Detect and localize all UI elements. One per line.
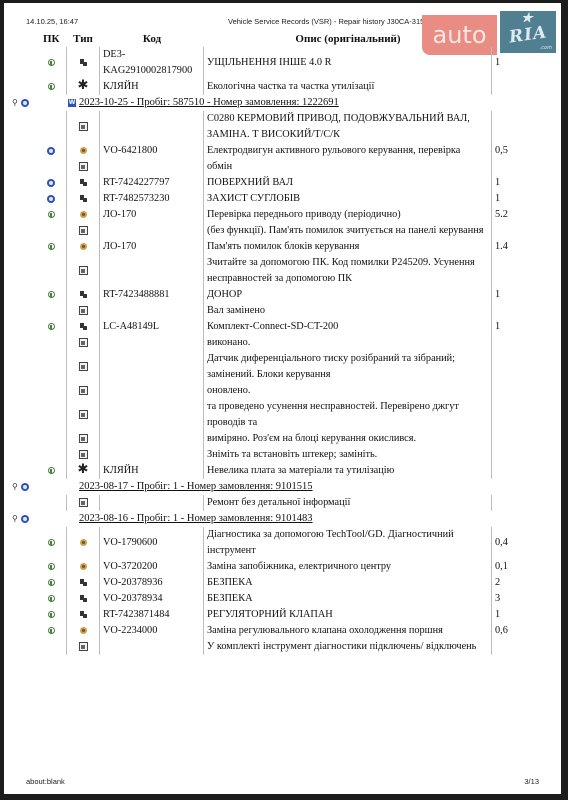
note-icon xyxy=(79,162,88,171)
description-cell: Комплект-Connect-SD-CT-200 xyxy=(204,319,492,335)
quantity-cell xyxy=(492,351,524,383)
code-cell: RT-7423871484 xyxy=(100,607,204,623)
check-status-icon xyxy=(48,243,55,250)
pk-cell xyxy=(36,255,67,287)
type-cell xyxy=(67,607,100,623)
pk-cell xyxy=(36,351,67,383)
code-cell: VO-2234000 xyxy=(100,623,204,639)
quantity-cell: 3 xyxy=(492,591,524,607)
code-cell: VO-6421800 xyxy=(100,143,204,159)
check-status-icon xyxy=(48,291,55,298)
quantity-cell xyxy=(492,399,524,431)
note-icon xyxy=(79,410,88,419)
quantity-cell: 0,6 xyxy=(492,623,524,639)
order-link[interactable]: 2023-08-17 - Пробіг: 1 - Номер замовленн… xyxy=(79,481,313,492)
table-header-row: ПК Тип Код Опис (оригінальний) xyxy=(36,30,523,47)
description-cell: Вал замінено xyxy=(204,303,492,319)
description-cell: ПОВЕРХНИЙ ВАЛ xyxy=(204,175,492,191)
table-row: та проведено усунення несправностей. Пер… xyxy=(36,399,523,431)
table-row: LC-A48149LКомплект-Connect-SD-CT-2001 xyxy=(36,319,523,335)
quantity-cell: 0,4 xyxy=(492,527,524,559)
code-cell: КЛЯЙН xyxy=(100,79,204,95)
print-page: 14.10.25, 16:47 Vehicle Service Records … xyxy=(4,3,561,794)
type-cell xyxy=(67,191,100,207)
note-icon xyxy=(79,362,88,371)
order-header-row: ⚲W2023-10-25 - Пробіг: 587510 - Номер за… xyxy=(36,95,523,111)
type-cell xyxy=(67,159,100,175)
table-row: ЛО-170Пам'ять помилок блоків керування1.… xyxy=(36,239,523,255)
pk-cell xyxy=(36,223,67,239)
type-cell xyxy=(67,527,100,559)
print-datetime: 14.10.25, 16:47 xyxy=(26,17,78,26)
description-cell: Екологічна частка та частка утилізації xyxy=(204,79,492,95)
quantity-cell xyxy=(492,383,524,399)
note-icon xyxy=(79,434,88,443)
labor-time-icon xyxy=(80,539,87,546)
check-status-icon xyxy=(48,611,55,618)
type-cell xyxy=(67,351,100,383)
code-cell xyxy=(100,399,204,431)
check-status-icon xyxy=(48,59,55,66)
type-cell xyxy=(67,623,100,639)
pk-cell xyxy=(36,111,67,143)
type-cell xyxy=(67,639,100,655)
type-cell xyxy=(67,303,100,319)
order-info-icon[interactable] xyxy=(21,99,29,107)
description-cell: Електродвигун активного рульового керува… xyxy=(204,143,492,159)
check-status-icon xyxy=(48,83,55,90)
order-icons: ⚲ xyxy=(12,479,29,495)
quantity-cell xyxy=(492,303,524,319)
pk-cell xyxy=(36,623,67,639)
description-cell: Невелика плата за матеріали та утилізаці… xyxy=(204,463,492,479)
pk-cell xyxy=(36,191,67,207)
table-row: VO-6421800Електродвигун активного рульов… xyxy=(36,143,523,159)
description-cell: ДОНОР xyxy=(204,287,492,303)
order-header-row: ⚲2023-08-17 - Пробіг: 1 - Номер замовлен… xyxy=(36,479,523,495)
description-cell: РЕГУЛЯТОРНИЙ КЛАПАН xyxy=(204,607,492,623)
pk-cell xyxy=(36,239,67,255)
type-cell xyxy=(67,175,100,191)
quantity-cell: 1 xyxy=(492,287,524,303)
type-cell xyxy=(67,207,100,223)
type-cell xyxy=(67,575,100,591)
code-cell xyxy=(100,335,204,351)
quantity-cell xyxy=(492,463,524,479)
part-icon xyxy=(80,579,87,586)
search-icon[interactable]: ⚲ xyxy=(12,98,18,107)
pk-cell xyxy=(36,47,67,79)
pk-cell xyxy=(36,575,67,591)
print-title: Vehicle Service Records (VSR) - Repair h… xyxy=(228,17,429,26)
table-row: VO-3720200Заміна запобіжника, електрично… xyxy=(36,559,523,575)
description-cell: Зніміть та встановіть штекер; замініть. xyxy=(204,447,492,463)
description-cell: Заміна регулювального клапана охолодженн… xyxy=(204,623,492,639)
pk-cell xyxy=(36,79,67,95)
table-row: (без функції). Пам'ять помилок зчитуєтьс… xyxy=(36,223,523,239)
type-cell xyxy=(67,239,100,255)
type-cell xyxy=(67,143,100,159)
code-cell xyxy=(100,255,204,287)
type-cell xyxy=(67,319,100,335)
table-row: ЛО-170Перевірка переднього приводу (пері… xyxy=(36,207,523,223)
code-cell: RT-7482573230 xyxy=(100,191,204,207)
check-status-icon xyxy=(48,563,55,570)
workshop-badge-icon: W xyxy=(68,99,76,107)
table-row: C0280 КЕРМОВИЙ ПРИВОД, ПОДОВЖУВАЛЬНИЙ ВА… xyxy=(36,111,523,143)
code-cell xyxy=(100,447,204,463)
quantity-cell xyxy=(492,223,524,239)
table-row: RT-7423871484РЕГУЛЯТОРНИЙ КЛАПАН1 xyxy=(36,607,523,623)
table-row: виміряно. Роз'єм на блоці керування окис… xyxy=(36,431,523,447)
quantity-cell xyxy=(492,495,524,511)
check-status-icon xyxy=(48,627,55,634)
part-icon xyxy=(80,291,87,298)
table-row: ✱КЛЯЙННевелика плата за матеріали та ути… xyxy=(36,463,523,479)
note-icon xyxy=(79,386,88,395)
pk-cell xyxy=(36,607,67,623)
quantity-cell xyxy=(492,79,524,95)
print-url: about:blank xyxy=(26,777,65,786)
table-row: RT-7424227797ПОВЕРХНИЙ ВАЛ1 xyxy=(36,175,523,191)
quantity-cell: 0,1 xyxy=(492,559,524,575)
description-cell: Зчитайте за допомогою ПК. Код помилки P2… xyxy=(204,255,492,287)
quantity-cell: 1 xyxy=(492,47,524,79)
description-cell: У комплекті інструмент діагностики підкл… xyxy=(204,639,492,655)
labor-time-icon xyxy=(80,563,87,570)
check-status-icon xyxy=(48,595,55,602)
description-cell: C0280 КЕРМОВИЙ ПРИВОД, ПОДОВЖУВАЛЬНИЙ ВА… xyxy=(204,111,492,143)
misc-charge-icon: ✱ xyxy=(78,462,89,477)
part-icon xyxy=(80,179,87,186)
repair-history-content: ПК Тип Код Опис (оригінальний) DE3-KAG29… xyxy=(4,30,561,655)
table-row: оновлено. xyxy=(36,383,523,399)
table-row: VO-20378934БЕЗПЕКА3 xyxy=(36,591,523,607)
code-cell: VO-1790600 xyxy=(100,527,204,559)
table-row: Ремонт без детальної інформації xyxy=(36,495,523,511)
pk-cell xyxy=(36,447,67,463)
description-cell: оновлено. xyxy=(204,383,492,399)
pk-cell xyxy=(36,527,67,559)
type-cell: ✱ xyxy=(67,79,100,95)
search-icon[interactable]: ⚲ xyxy=(12,514,18,523)
table-row: Датчик диференціального тиску розібраний… xyxy=(36,351,523,383)
quantity-cell xyxy=(492,335,524,351)
order-link[interactable]: 2023-10-25 - Пробіг: 587510 - Номер замо… xyxy=(79,97,339,108)
check-status-icon xyxy=(48,323,55,330)
labor-time-icon xyxy=(80,211,87,218)
pk-cell xyxy=(36,399,67,431)
pk-cell xyxy=(36,639,67,655)
pk-cell xyxy=(36,383,67,399)
pk-cell xyxy=(36,319,67,335)
type-cell xyxy=(67,559,100,575)
code-cell: VO-20378936 xyxy=(100,575,204,591)
note-icon xyxy=(79,226,88,235)
code-cell xyxy=(100,223,204,239)
description-cell: Пам'ять помилок блоків керування xyxy=(204,239,492,255)
warranty-status-icon xyxy=(47,147,55,155)
code-cell: RT-7423488881 xyxy=(100,287,204,303)
note-icon xyxy=(79,450,88,459)
quantity-cell: 5.2 xyxy=(492,207,524,223)
table-row: DE3-KAG2910002817900УЩІЛЬНЕННЯ ІНШЕ 4.0 … xyxy=(36,47,523,79)
code-cell: DE3-KAG2910002817900 xyxy=(100,47,204,79)
note-icon xyxy=(79,642,88,651)
type-cell xyxy=(67,255,100,287)
description-cell: (без функції). Пам'ять помилок зчитуєтьс… xyxy=(204,223,492,239)
check-status-icon xyxy=(48,467,55,474)
pk-cell xyxy=(36,303,67,319)
header-qty xyxy=(492,30,524,47)
note-icon xyxy=(79,122,88,131)
code-cell: ЛО-170 xyxy=(100,239,204,255)
description-cell: Перевірка переднього приводу (періодично… xyxy=(204,207,492,223)
quantity-cell: 1.4 xyxy=(492,239,524,255)
description-cell: та проведено усунення несправностей. Пер… xyxy=(204,399,492,431)
pk-cell xyxy=(36,431,67,447)
order-header-row: ⚲2023-08-16 - Пробіг: 1 - Номер замовлен… xyxy=(36,511,523,527)
code-cell xyxy=(100,159,204,175)
type-cell xyxy=(67,447,100,463)
check-status-icon xyxy=(48,211,55,218)
search-icon[interactable]: ⚲ xyxy=(12,482,18,491)
type-cell xyxy=(67,111,100,143)
quantity-cell xyxy=(492,447,524,463)
description-cell: Заміна запобіжника, електричного центру xyxy=(204,559,492,575)
code-cell: VO-20378934 xyxy=(100,591,204,607)
misc-charge-icon: ✱ xyxy=(78,78,89,93)
header-type: Тип xyxy=(67,30,100,47)
header-pk: ПК xyxy=(36,30,67,47)
code-cell xyxy=(100,495,204,511)
note-icon xyxy=(79,498,88,507)
order-link[interactable]: 2023-08-16 - Пробіг: 1 - Номер замовленн… xyxy=(79,513,313,524)
order-icons: ⚲ xyxy=(12,95,29,111)
note-icon xyxy=(79,266,88,275)
quantity-cell: 0,5 xyxy=(492,143,524,159)
description-cell: виконано. xyxy=(204,335,492,351)
part-icon xyxy=(80,323,87,330)
order-icons: ⚲ xyxy=(12,511,29,527)
description-cell: обмін xyxy=(204,159,492,175)
table-row: VO-20378936БЕЗПЕКА2 xyxy=(36,575,523,591)
code-cell: VO-3720200 xyxy=(100,559,204,575)
quantity-cell: 2 xyxy=(492,575,524,591)
type-cell: ✱ xyxy=(67,463,100,479)
repair-history-table: ПК Тип Код Опис (оригінальний) DE3-KAG29… xyxy=(36,30,523,655)
type-cell xyxy=(67,591,100,607)
order-info-icon[interactable] xyxy=(21,483,29,491)
quantity-cell xyxy=(492,111,524,143)
type-cell xyxy=(67,495,100,511)
quantity-cell: 1 xyxy=(492,191,524,207)
description-cell: Датчик диференціального тиску розібраний… xyxy=(204,351,492,383)
table-row: VO-1790600Діагностика за допомогою TechT… xyxy=(36,527,523,559)
quantity-cell xyxy=(492,159,524,175)
type-cell xyxy=(67,47,100,79)
type-cell xyxy=(67,335,100,351)
code-cell xyxy=(100,431,204,447)
description-cell: УЩІЛЬНЕННЯ ІНШЕ 4.0 R xyxy=(204,47,492,79)
table-row: RT-7482573230ЗАХИСТ СУГЛОБІВ1 xyxy=(36,191,523,207)
pk-cell xyxy=(36,159,67,175)
description-cell: виміряно. Роз'єм на блоці керування окис… xyxy=(204,431,492,447)
code-cell xyxy=(100,383,204,399)
table-row: У комплекті інструмент діагностики підкл… xyxy=(36,639,523,655)
quantity-cell xyxy=(492,255,524,287)
note-icon xyxy=(79,306,88,315)
type-cell xyxy=(67,287,100,303)
description-cell: БЕЗПЕКА xyxy=(204,591,492,607)
code-cell xyxy=(100,351,204,383)
check-status-icon xyxy=(48,579,55,586)
pk-cell xyxy=(36,175,67,191)
type-cell xyxy=(67,223,100,239)
code-cell xyxy=(100,639,204,655)
check-status-icon xyxy=(48,539,55,546)
order-info-icon[interactable] xyxy=(21,515,29,523)
code-cell: ЛО-170 xyxy=(100,207,204,223)
table-row: Зчитайте за допомогою ПК. Код помилки P2… xyxy=(36,255,523,287)
note-icon xyxy=(79,338,88,347)
warranty-status-icon xyxy=(47,179,55,187)
code-cell: RT-7424227797 xyxy=(100,175,204,191)
pk-cell xyxy=(36,143,67,159)
table-row: обмін xyxy=(36,159,523,175)
quantity-cell xyxy=(492,639,524,655)
table-row: VO-2234000Заміна регулювального клапана … xyxy=(36,623,523,639)
code-cell xyxy=(100,303,204,319)
table-row: Зніміть та встановіть штекер; замініть. xyxy=(36,447,523,463)
pk-cell xyxy=(36,335,67,351)
description-cell: Діагностика за допомогою TechTool/GD. Ді… xyxy=(204,527,492,559)
part-icon xyxy=(80,195,87,202)
table-row: RT-7423488881ДОНОР1 xyxy=(36,287,523,303)
page-number: 3/13 xyxy=(524,777,539,786)
pk-cell xyxy=(36,559,67,575)
code-cell: LC-A48149L xyxy=(100,319,204,335)
part-icon xyxy=(80,595,87,602)
quantity-cell: 1 xyxy=(492,607,524,623)
pk-cell xyxy=(36,207,67,223)
part-icon xyxy=(80,611,87,618)
header-description: Опис (оригінальний) xyxy=(204,30,492,47)
quantity-cell: 1 xyxy=(492,319,524,335)
description-cell: ЗАХИСТ СУГЛОБІВ xyxy=(204,191,492,207)
pk-cell xyxy=(36,591,67,607)
type-cell xyxy=(67,383,100,399)
warranty-status-icon xyxy=(47,195,55,203)
table-row: ✱КЛЯЙНЕкологічна частка та частка утиліз… xyxy=(36,79,523,95)
header-code: Код xyxy=(100,30,204,47)
type-cell xyxy=(67,431,100,447)
labor-time-icon xyxy=(80,147,87,154)
pk-cell xyxy=(36,287,67,303)
table-row: виконано. xyxy=(36,335,523,351)
pk-cell xyxy=(36,463,67,479)
quantity-cell: 1 xyxy=(492,175,524,191)
table-row: Вал замінено xyxy=(36,303,523,319)
quantity-cell xyxy=(492,431,524,447)
code-cell: КЛЯЙН xyxy=(100,463,204,479)
description-cell: БЕЗПЕКА xyxy=(204,575,492,591)
description-cell: Ремонт без детальної інформації xyxy=(204,495,492,511)
code-cell xyxy=(100,111,204,143)
labor-time-icon xyxy=(80,243,87,250)
type-cell xyxy=(67,399,100,431)
labor-time-icon xyxy=(80,627,87,634)
part-icon xyxy=(80,59,87,66)
pk-cell xyxy=(36,495,67,511)
